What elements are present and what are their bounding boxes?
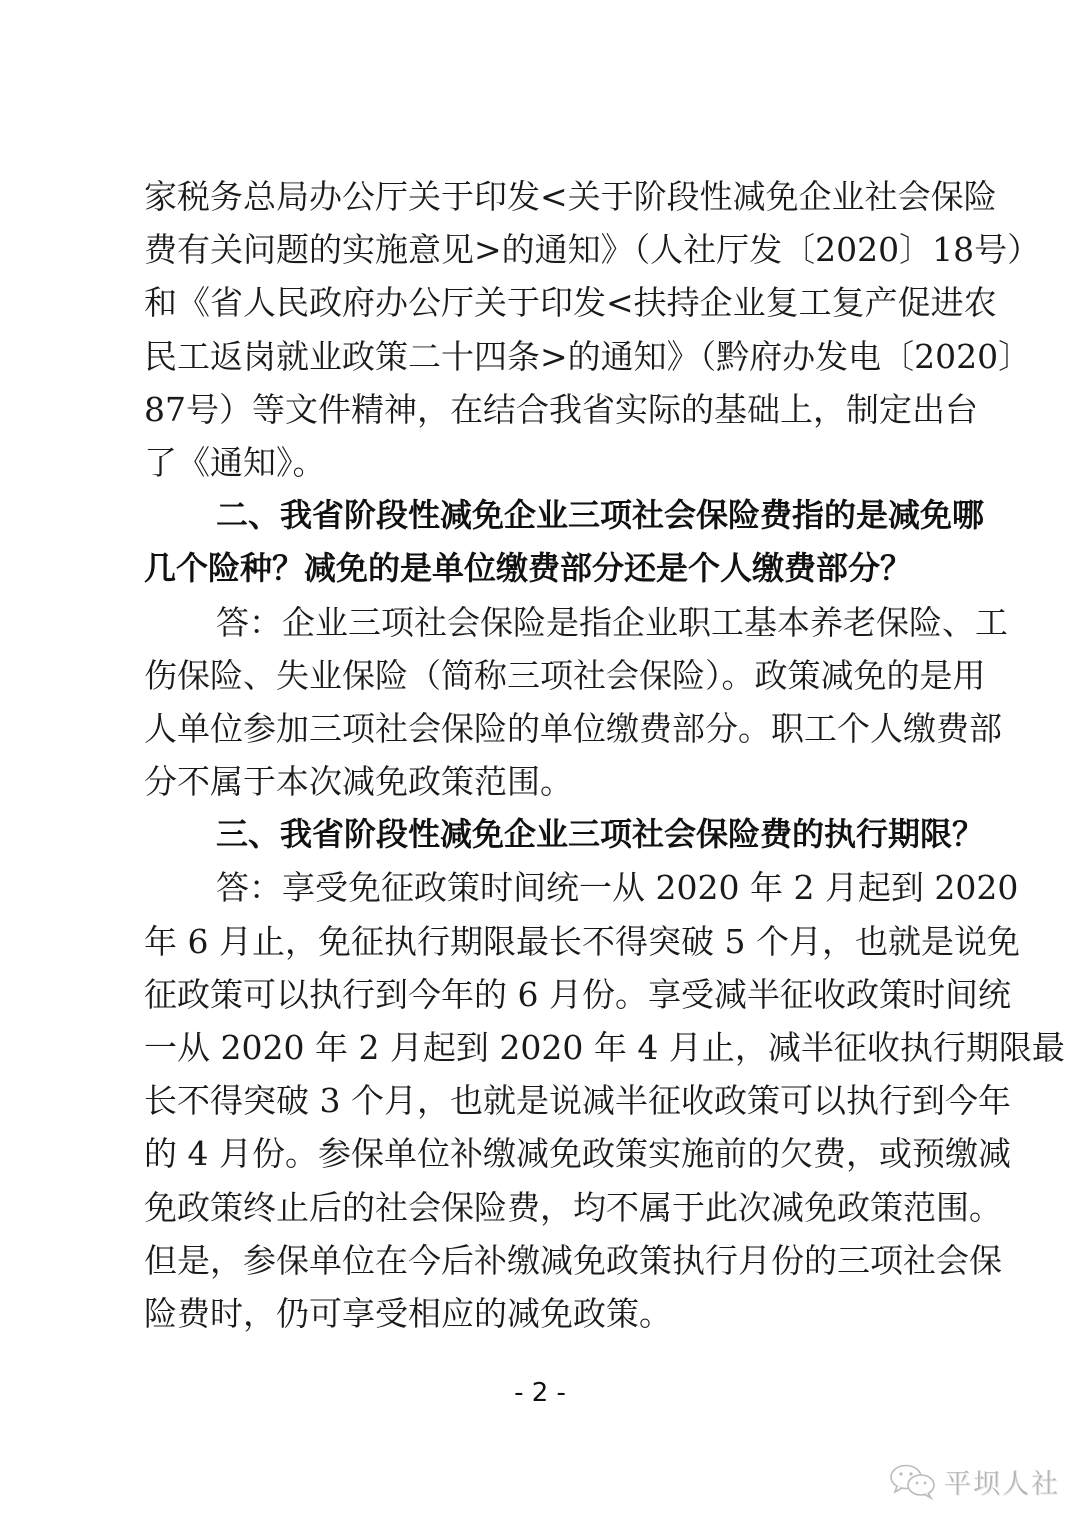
text-line: 险费时，仍可享受相应的减免政策。 xyxy=(144,1287,940,1340)
watermark: 平坝人社 xyxy=(888,1462,1060,1501)
text-line: 了《通知》。 xyxy=(144,436,940,489)
text-line: 但是，参保单位在今后补缴减免政策执行月份的三项社会保 xyxy=(144,1234,940,1287)
text-line: 人单位参加三项社会保险的单位缴费部分。职工个人缴费部 xyxy=(144,702,940,755)
heading-question-3: 三、我省阶段性减免企业三项社会保险费的执行期限？ xyxy=(144,808,940,861)
heading-line: 几个险种？减免的是单位缴费部分还是个人缴费部分？ xyxy=(144,542,940,595)
paragraph-policy-basis: 家税务总局办公厅关于印发<关于阶段性减免企业社会保险 费有关问题的实施意见>的通… xyxy=(144,170,940,489)
text-line: 分不属于本次减免政策范围。 xyxy=(144,755,940,808)
page-number: - 2 - xyxy=(0,1378,1080,1408)
document-page: 家税务总局办公厅关于印发<关于阶段性减免企业社会保险 费有关问题的实施意见>的通… xyxy=(144,170,940,1340)
text-line: 征政策可以执行到今年的 6 月份。享受减半征收政策时间统 xyxy=(144,968,940,1021)
text-line: 年 6 月止，免征执行期限最长不得突破 5 个月，也就是说免 xyxy=(144,915,940,968)
text-line: 家税务总局办公厅关于印发<关于阶段性减免企业社会保险 xyxy=(144,170,940,223)
text-line: 和《省人民政府办公厅关于印发<扶持企业复工复产促进农 xyxy=(144,276,940,329)
heading-line: 二、我省阶段性减免企业三项社会保险费指的是减免哪 xyxy=(144,489,940,542)
text-line: 答：企业三项社会保险是指企业职工基本养老保险、工 xyxy=(144,596,940,649)
text-line: 答：享受免征政策时间统一从 2020 年 2 月起到 2020 xyxy=(144,861,940,914)
text-line: 费有关问题的实施意见>的通知》（人社厅发〔2020〕18号） xyxy=(144,223,940,276)
text-line: 免政策终止后的社会保险费，均不属于此次减免政策范围。 xyxy=(144,1181,940,1234)
paragraph-answer-2: 答：企业三项社会保险是指企业职工基本养老保险、工 伤保险、失业保险（简称三项社会… xyxy=(144,596,940,809)
text-line: 的 4 月份。参保单位补缴减免政策实施前的欠费，或预缴减 xyxy=(144,1127,940,1180)
text-line: 长不得突破 3 个月，也就是说减半征收政策可以执行到今年 xyxy=(144,1074,940,1127)
paragraph-answer-3: 答：享受免征政策时间统一从 2020 年 2 月起到 2020 年 6 月止，免… xyxy=(144,861,940,1340)
text-line: 87号）等文件精神，在结合我省实际的基础上，制定出台 xyxy=(144,383,940,436)
wechat-icon xyxy=(888,1463,938,1501)
text-line: 民工返岗就业政策二十四条>的通知》（黔府办发电〔2020〕 xyxy=(144,330,940,383)
text-line: 伤保险、失业保险（简称三项社会保险）。政策减免的是用 xyxy=(144,649,940,702)
watermark-label: 平坝人社 xyxy=(944,1462,1060,1501)
heading-line: 三、我省阶段性减免企业三项社会保险费的执行期限？ xyxy=(144,808,940,861)
heading-question-2: 二、我省阶段性减免企业三项社会保险费指的是减免哪 几个险种？减免的是单位缴费部分… xyxy=(144,489,940,595)
text-line: 一从 2020 年 2 月起到 2020 年 4 月止，减半征收执行期限最 xyxy=(144,1021,940,1074)
